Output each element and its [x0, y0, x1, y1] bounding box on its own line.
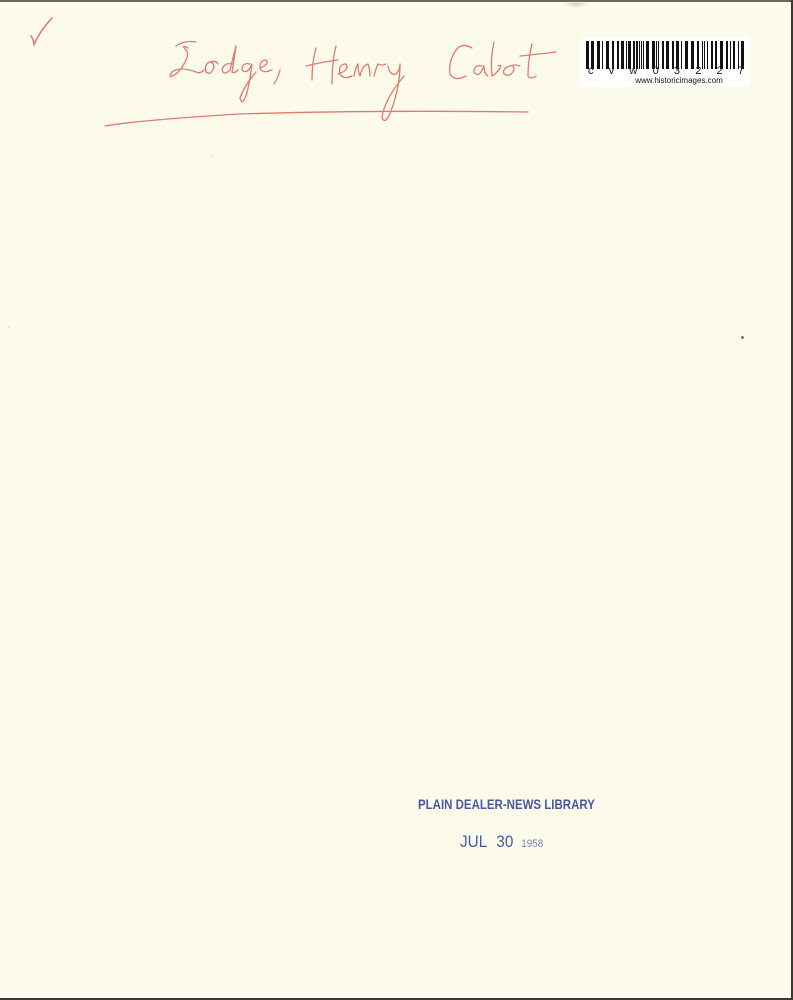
stamp-day: 30: [496, 832, 513, 851]
photo-back-page: Lodge, Henry Cabot: [0, 0, 793, 1000]
barcode-label: cvw03227 www.historicimages.com: [580, 37, 750, 87]
barcode-char: v: [609, 66, 615, 77]
barcode-url: www.historicimages.com: [580, 77, 750, 85]
paper-speck: [212, 156, 213, 157]
handwritten-title: Lodge, Henry Cabot: [100, 30, 570, 140]
handwriting-strokes: [100, 30, 570, 140]
stamp-month: JUL: [460, 832, 487, 851]
top-edge-smudge: [562, 0, 590, 8]
stamp-library-name: PLAIN DEALER-NEWS LIBRARY: [418, 796, 582, 812]
paper-speck: [741, 336, 744, 339]
checkmark-icon: [28, 14, 54, 48]
barcode-char: 7: [738, 66, 744, 77]
library-stamp: PLAIN DEALER-NEWS LIBRARY JUL 30 1958: [418, 796, 618, 812]
stamp-year: 1958: [521, 838, 543, 850]
paper-speck: [8, 326, 10, 328]
barcode-char: c: [588, 66, 594, 77]
stamp-date: JUL 30 1958: [460, 832, 543, 852]
